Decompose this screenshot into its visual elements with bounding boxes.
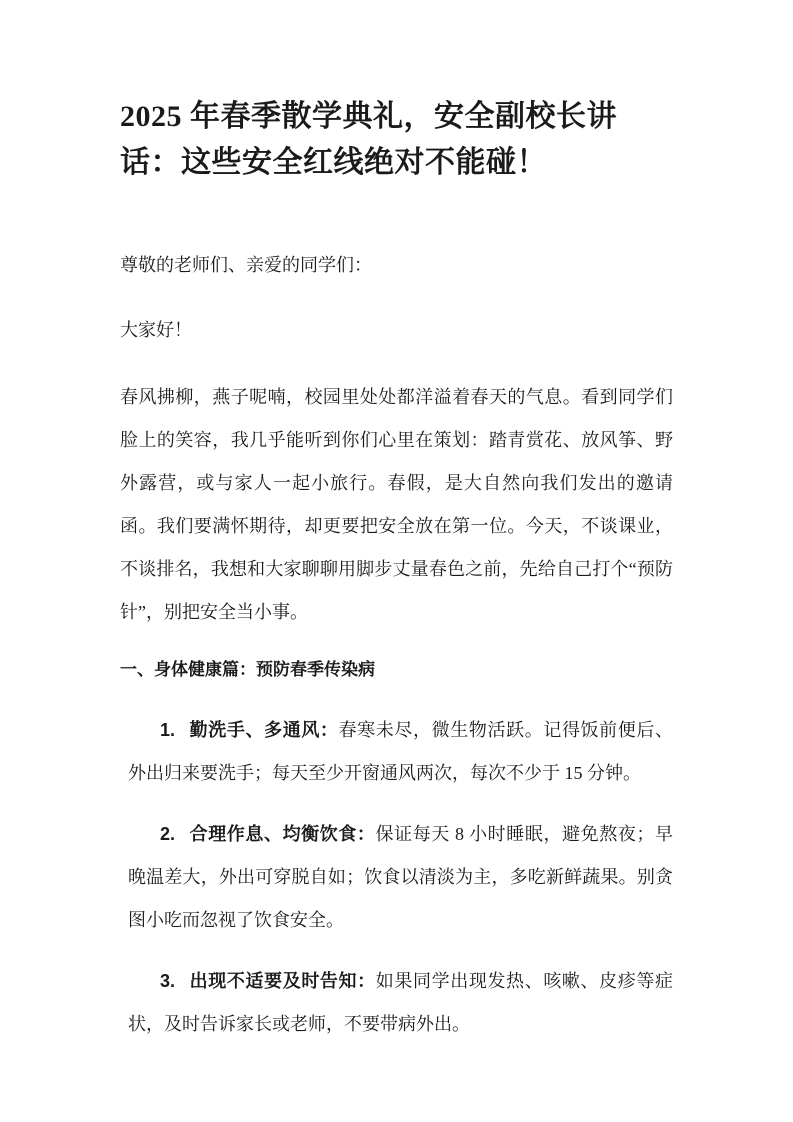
- list-item-number: 1.: [160, 720, 175, 740]
- salutation-line: 尊敬的老师们、亲爱的同学们：: [120, 244, 673, 287]
- list-item: 1.勤洗手、多通风：春寒未尽，微生物活跃。记得饭前便后、外出归来要洗手；每天至少…: [128, 709, 673, 795]
- intro-paragraph: 春风拂柳，燕子呢喃，校园里处处都洋溢着春天的气息。看到同学们脸上的笑容，我几乎能…: [120, 376, 673, 634]
- section-heading-health: 一、身体健康篇：预防春季传染病: [120, 648, 673, 691]
- list-item-label: 勤洗手、多通风：: [189, 720, 339, 740]
- document-page: 2025 年春季散学典礼，安全副校长讲话：这些安全红线绝对不能碰！ 尊敬的老师们…: [0, 0, 793, 1122]
- greeting-line: 大家好！: [120, 309, 673, 352]
- document-title: 2025 年春季散学典礼，安全副校长讲话：这些安全红线绝对不能碰！: [120, 94, 673, 186]
- list-item-number: 3.: [160, 971, 175, 991]
- list-item: 3.出现不适要及时告知：如果同学出现发热、咳嗽、皮疹等症状，及时告诉家长或老师，…: [128, 960, 673, 1046]
- list-item-number: 2.: [160, 824, 175, 844]
- numbered-list: 1.勤洗手、多通风：春寒未尽，微生物活跃。记得饭前便后、外出归来要洗手；每天至少…: [120, 709, 673, 1046]
- list-item-label: 合理作息、均衡饮食：: [189, 824, 376, 844]
- list-item: 2.合理作息、均衡饮食：保证每天 8 小时睡眠，避免熬夜；早晚温差大，外出可穿脱…: [128, 813, 673, 942]
- list-item-label: 出现不适要及时告知：: [189, 971, 376, 991]
